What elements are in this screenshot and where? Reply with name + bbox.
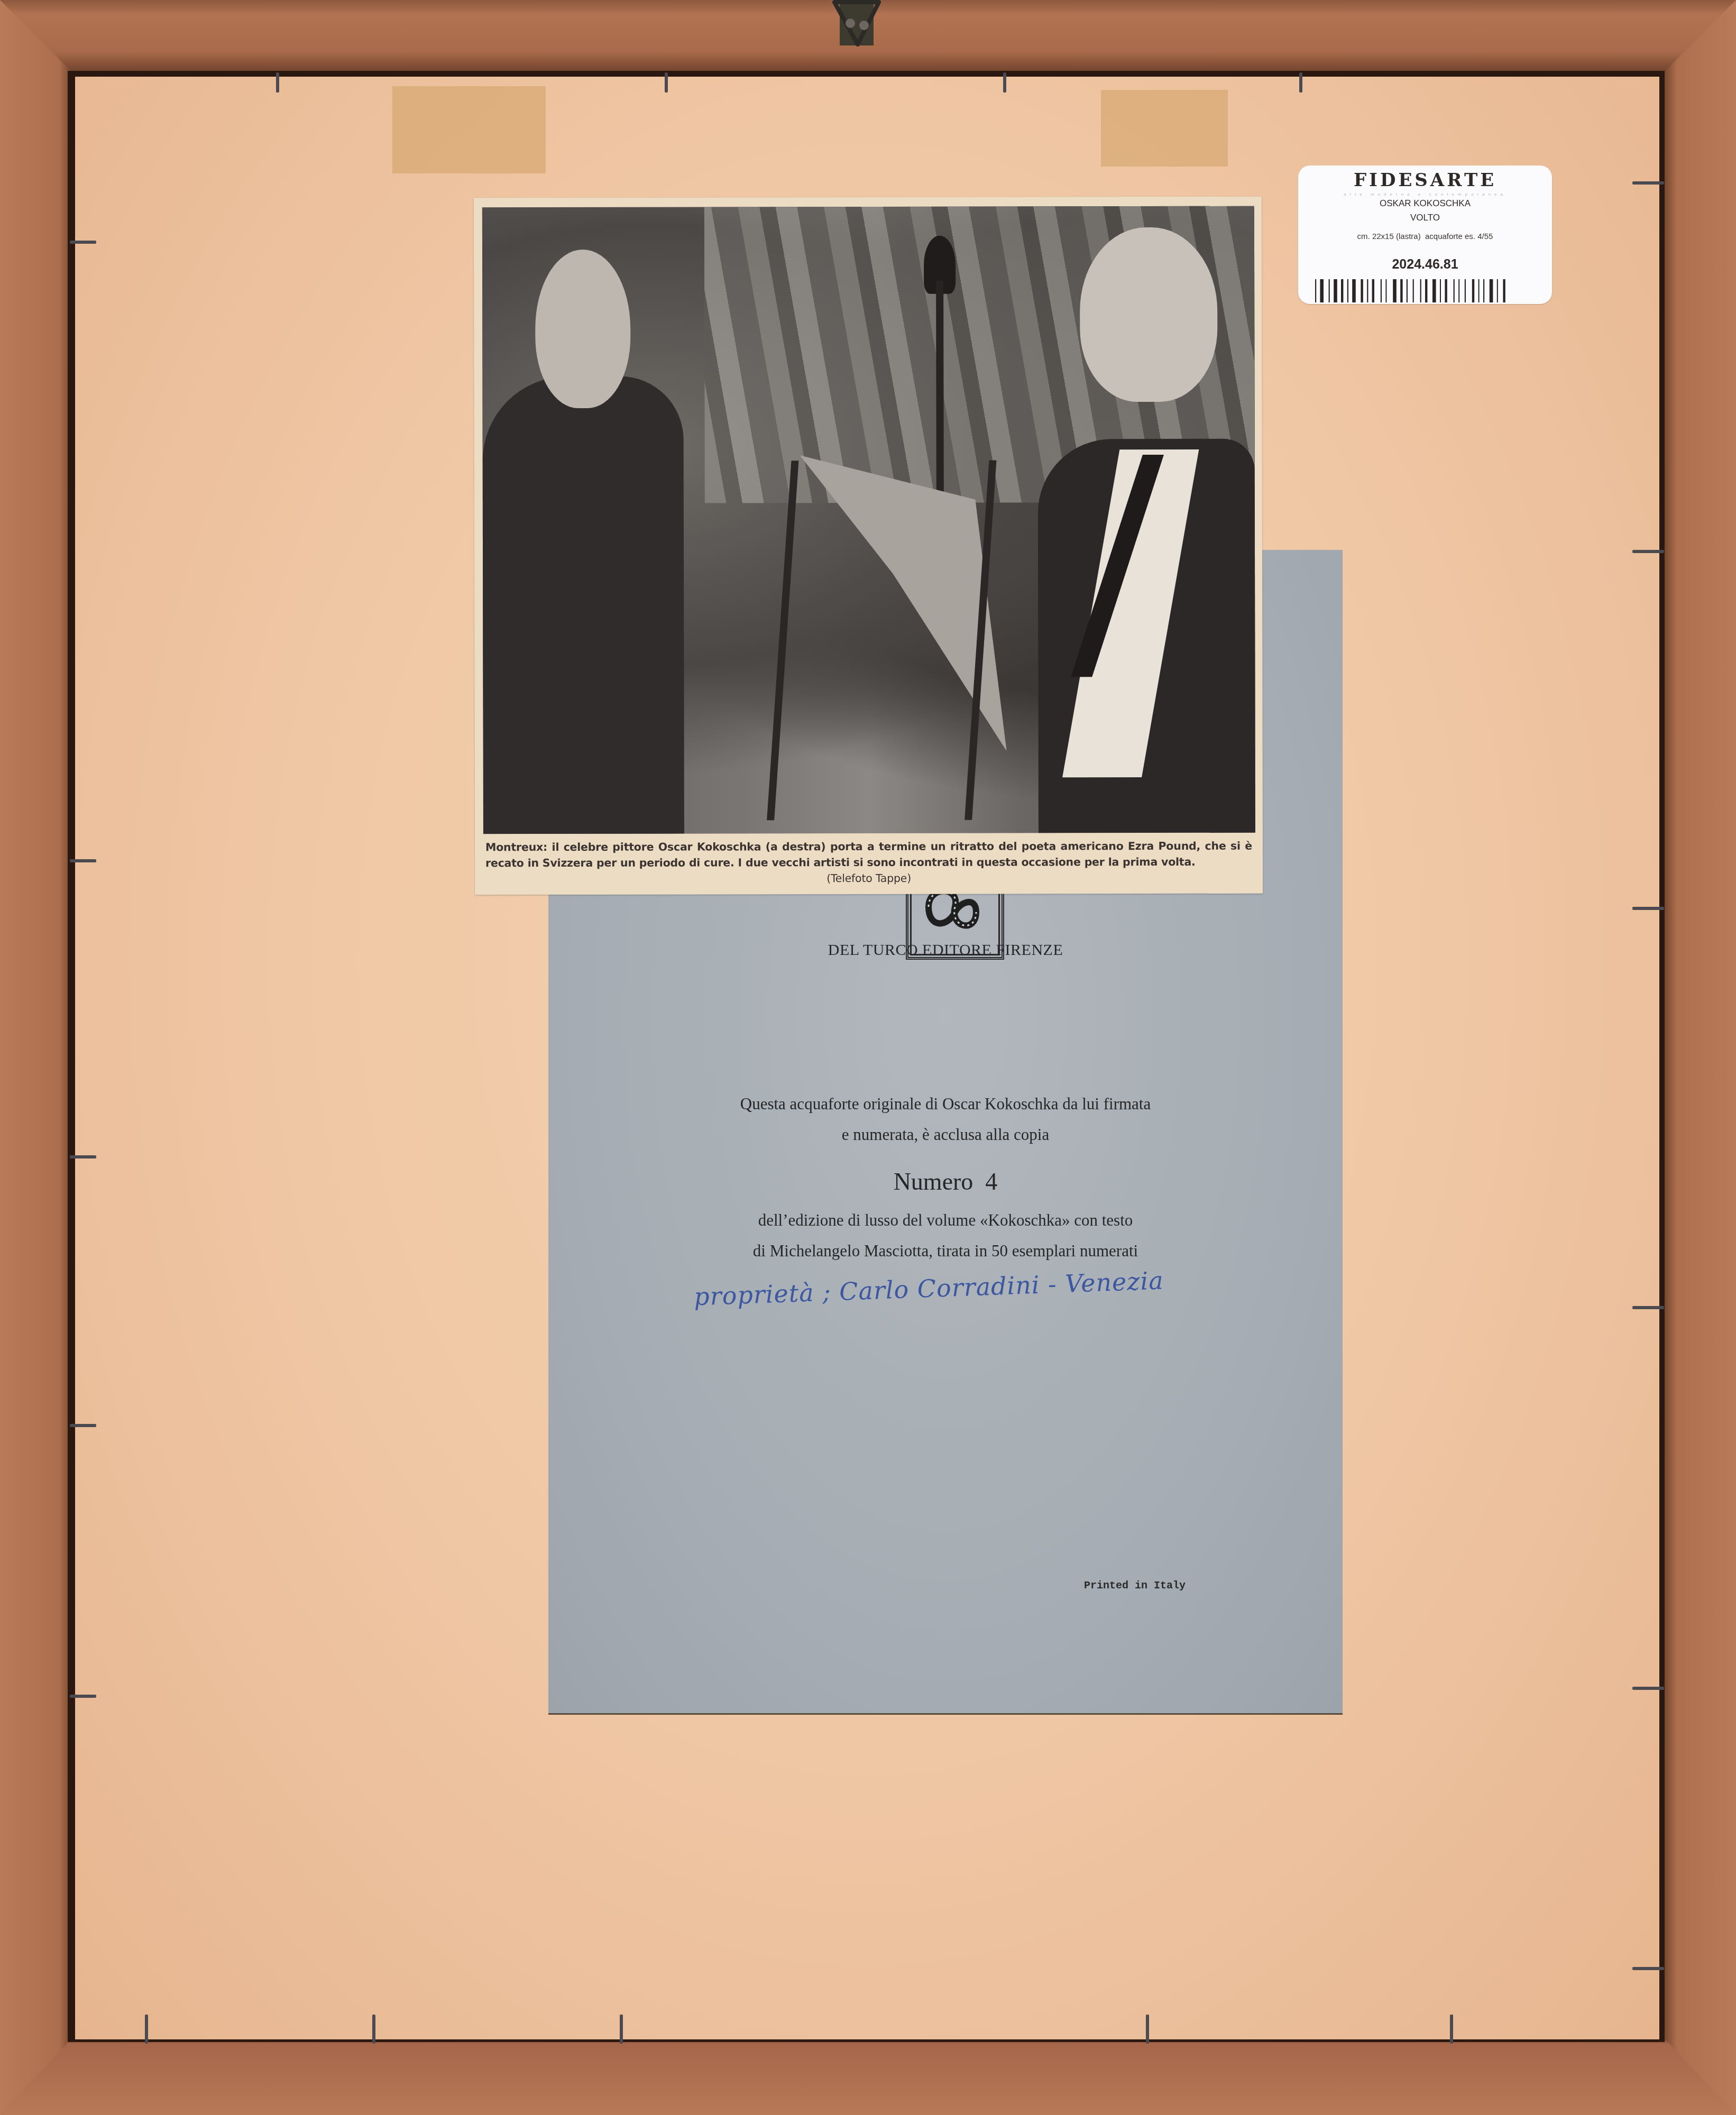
tape-strip bbox=[392, 86, 546, 173]
label-brand: FIDESARTE bbox=[1298, 170, 1552, 191]
label-artist: OSKAR KOKOSCHKA bbox=[1298, 198, 1552, 209]
edition-number: Numero 4 bbox=[548, 1167, 1343, 1196]
label-inventory-code: 2024.46.81 bbox=[1298, 257, 1552, 272]
tape-strip bbox=[1101, 90, 1228, 167]
picture-frame: DEL TURCO EDITORE FIRENZE Questa acquafo… bbox=[0, 0, 1736, 2115]
label-title: VOLTO bbox=[1298, 213, 1552, 223]
nail-icon bbox=[70, 859, 96, 862]
frame-rail-left bbox=[0, 0, 74, 2115]
nail-icon bbox=[1632, 181, 1664, 185]
nail-icon bbox=[620, 2015, 623, 2044]
triangle-hanger-icon bbox=[830, 0, 883, 47]
nail-icon bbox=[70, 241, 96, 244]
nail-icon bbox=[1632, 1306, 1664, 1309]
certificate-line-2: e numerata, è acclusa alla copia bbox=[548, 1125, 1343, 1144]
nail-icon bbox=[1632, 550, 1664, 553]
nail-icon bbox=[276, 72, 279, 93]
certificate-line-1: Questa acquaforte originale di Oscar Kok… bbox=[548, 1095, 1343, 1114]
nail-icon bbox=[1146, 2015, 1149, 2044]
frame-rail-bottom bbox=[0, 2036, 1736, 2115]
inventory-label: FIDESARTE arte moderna e contemporanea O… bbox=[1298, 165, 1552, 304]
caption-text: Montreux: il celebre pittore Oscar Kokos… bbox=[485, 840, 1252, 870]
frame-rail-right bbox=[1662, 0, 1736, 2115]
nail-icon bbox=[372, 2015, 375, 2044]
newspaper-clipping: Montreux: il celebre pittore Oscar Kokos… bbox=[474, 197, 1263, 895]
label-tagline: arte moderna e contemporanea bbox=[1298, 192, 1552, 197]
certificate-line-4: di Michelangelo Masciotta, tirata in 50 … bbox=[548, 1242, 1343, 1261]
photo-credit: (Telefoto Tappe) bbox=[485, 870, 1252, 887]
nail-icon bbox=[1299, 72, 1302, 93]
nail-icon bbox=[1003, 72, 1006, 93]
publisher-name: DEL TURCO EDITORE FIRENZE bbox=[548, 941, 1343, 959]
backing-board: DEL TURCO EDITORE FIRENZE Questa acquafo… bbox=[75, 77, 1659, 2039]
handwritten-provenance-note: proprietà ; Carlo Corradini - Venezia bbox=[693, 1266, 1164, 1311]
nail-icon bbox=[70, 1155, 96, 1158]
clipping-caption: Montreux: il celebre pittore Oscar Kokos… bbox=[485, 838, 1252, 887]
clipping-photo bbox=[482, 206, 1255, 834]
nail-icon bbox=[665, 72, 668, 93]
nail-icon bbox=[1632, 907, 1664, 910]
label-description: cm. 22x15 (lastra) acquaforte es. 4/55 bbox=[1298, 232, 1552, 241]
nail-icon bbox=[70, 1424, 96, 1427]
certificate-line-3: dell’edizione di lusso del volume «Kokos… bbox=[548, 1211, 1343, 1230]
barcode-icon bbox=[1315, 279, 1535, 302]
nail-icon bbox=[70, 1695, 96, 1698]
nail-icon bbox=[1632, 1967, 1664, 1970]
nail-icon bbox=[1450, 2015, 1453, 2044]
nail-icon bbox=[1632, 1687, 1664, 1690]
nail-icon bbox=[145, 2015, 148, 2044]
printed-in-italy: Printed in Italy bbox=[1084, 1580, 1186, 1592]
